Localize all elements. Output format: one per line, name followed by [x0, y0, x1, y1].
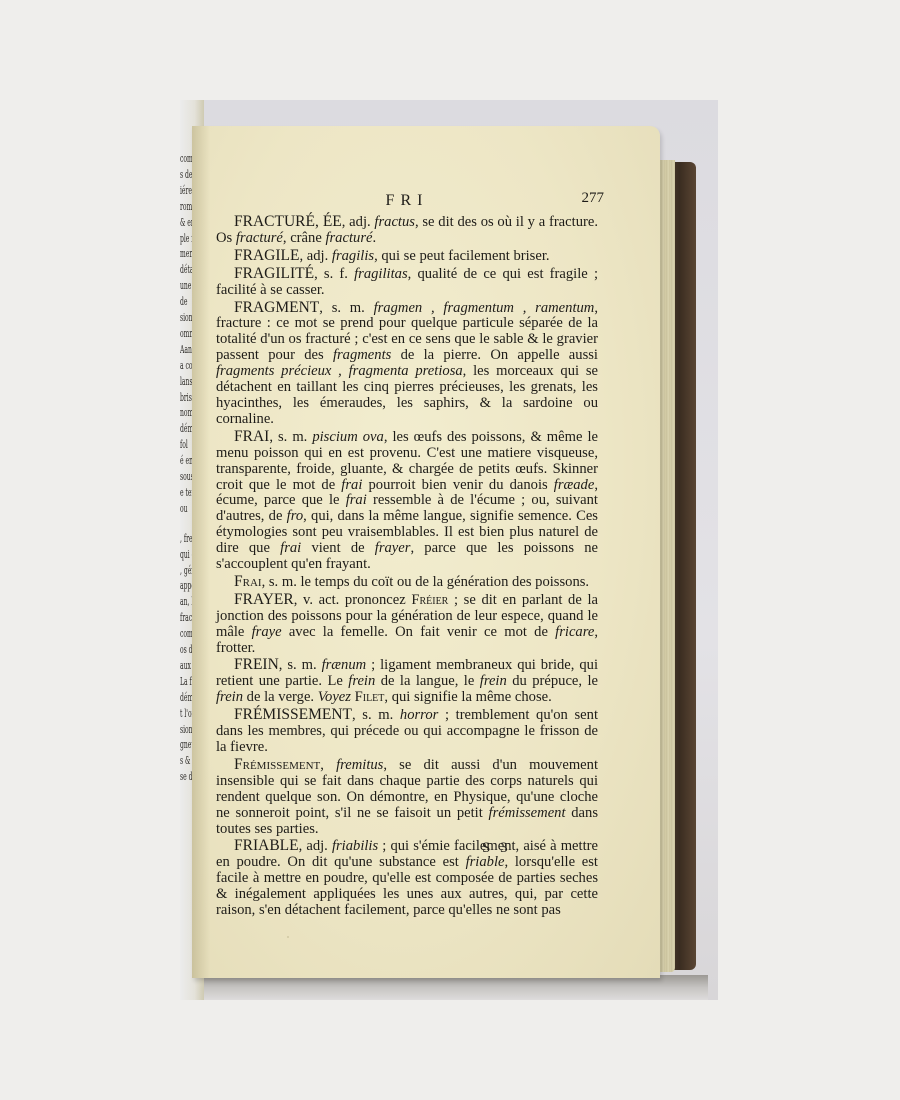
text: .	[372, 230, 376, 246]
text: , qui se peut facilement briser.	[374, 248, 549, 264]
previous-page-text-fragment: iére	[180, 184, 192, 197]
text: , adj.	[299, 838, 332, 854]
entry-frai: FRAI, s. m. piscium ova, les œufs des po…	[216, 429, 598, 573]
paper-fleck	[287, 936, 289, 938]
text: pourroit bien venir du danois	[362, 477, 553, 493]
entry-frein: FREIN, s. m. frænum ; ligament membraneu…	[216, 657, 598, 706]
italic-term: fracturé	[325, 230, 372, 246]
latin-term: friabilis	[332, 838, 378, 854]
italic-term: fragments	[333, 347, 391, 363]
entry-frai-2: Frai, s. m. le temps du coït ou de la gé…	[216, 574, 598, 591]
entry-fremissement: FRÉMISSEMENT, s. m. horror ; tremblement…	[216, 707, 598, 756]
entry-fremissement-2: Frémissement, fremitus, se dit aussi d'u…	[216, 757, 598, 838]
italic-term: fracturé	[236, 230, 283, 246]
text: du prépuce, le	[507, 673, 598, 689]
text: , adj.	[342, 214, 375, 230]
headword: FRAGILITÉ	[234, 265, 314, 282]
headword: FREIN	[234, 656, 279, 673]
latin-term: fragilitas	[354, 266, 408, 282]
italic-term: frémissement	[489, 805, 566, 821]
previous-page-text-fragment: s de	[180, 168, 192, 181]
italic-term: frai	[341, 477, 362, 493]
text: , s. m. le temps du coït ou de la généra…	[262, 574, 590, 590]
entry-fracture: FRACTURÉ, ÉE, adj. fractus, se dit des o…	[216, 214, 598, 247]
entry-fragilite: FRAGILITÉ, s. f. fragilitas, qualité de …	[216, 266, 598, 299]
page-number: 277	[582, 190, 605, 207]
italic-term: frein	[348, 673, 375, 689]
text: avec la femelle. On fait venir ce mot de	[282, 624, 556, 640]
page-header: FRI 277	[216, 192, 598, 212]
text: , crâne	[283, 230, 326, 246]
italic-term: frai	[346, 492, 367, 508]
entry-friable: FRIABLE, adj. friabilis ; qui s'émie fac…	[216, 838, 598, 919]
cross-reference-term: Filet	[355, 689, 385, 705]
small-caps-term: Fréier	[411, 592, 448, 608]
latin-term: horror	[400, 707, 438, 723]
previous-page-text-fragment: Aan	[180, 343, 192, 356]
text: , s. m.	[352, 707, 400, 723]
previous-page-text-fragment: sion	[180, 311, 193, 324]
latin-term: frænum	[322, 657, 367, 673]
text: , s. m.	[279, 657, 322, 673]
previous-page-text-fragment: lans	[180, 375, 193, 388]
text: , s. f.	[314, 266, 354, 282]
latin-term: fremitus	[336, 757, 383, 773]
italic-term: frayer	[375, 540, 411, 556]
headword: FRÉMISSEMENT	[234, 706, 352, 723]
italic-term: fro	[287, 508, 304, 524]
text: de la pierre. On appelle aussi	[391, 347, 598, 363]
latin-term: fragilis	[332, 248, 374, 264]
latin-term: piscium ova	[312, 429, 383, 445]
text: , v. act. prononcez	[294, 592, 412, 608]
headword: Frai	[234, 573, 262, 590]
text: de la verge.	[243, 689, 318, 705]
previous-page-text-fragment: ou	[180, 502, 188, 515]
italic-term: frein	[216, 689, 243, 705]
text: , s. m.	[269, 429, 312, 445]
italic-term: fræade	[554, 477, 595, 493]
headword: FRAGMENT	[234, 299, 319, 316]
italic-term: fragments précieux , fragmenta pretiosa	[216, 363, 463, 379]
entry-fragile: FRAGILE, adj. fragilis, qui se peut faci…	[216, 248, 598, 265]
cross-reference: Voyez	[318, 689, 351, 705]
headword: FRIABLE	[234, 837, 299, 854]
text: , s. m.	[319, 300, 373, 316]
text: ,	[320, 757, 336, 773]
latin-term: fractus	[374, 214, 415, 230]
headword: FRAGILE	[234, 247, 299, 264]
dictionary-entries: FRACTURÉ, ÉE, adj. fractus, se dit des o…	[216, 214, 598, 919]
headword: FRACTURÉ, ÉE	[234, 213, 342, 230]
book-shadow	[188, 975, 708, 1000]
italic-term: frai	[280, 540, 301, 556]
latin-term: fricare	[555, 624, 594, 640]
latin-term: fragmen , fragmentum , ramentum	[374, 300, 595, 316]
book-page: FRI 277 FRACTURÉ, ÉE, adj. fractus, se d…	[192, 126, 660, 978]
text: de la langue, le	[375, 673, 479, 689]
italic-term: frein	[480, 673, 507, 689]
previous-page-text-fragment: de	[180, 295, 187, 308]
text: , adj.	[299, 248, 331, 264]
headword: Frémissement	[234, 756, 320, 773]
signature-mark: S 3	[482, 840, 511, 857]
previous-page-text-fragment: sion	[180, 723, 193, 736]
headword: FRAYER	[234, 591, 294, 608]
text: , qui signifie la même chose.	[384, 689, 551, 705]
previous-page-text-fragment: fol	[180, 438, 188, 451]
entry-fragment: FRAGMENT, s. m. fragmen , fragmentum , r…	[216, 300, 598, 428]
headword: FRAI	[234, 428, 269, 445]
italic-term: fraye	[252, 624, 282, 640]
entry-frayer: FRAYER, v. act. prononcez Fréier ; se di…	[216, 592, 598, 657]
text: vient de	[301, 540, 375, 556]
running-head: FRI	[216, 192, 598, 210]
